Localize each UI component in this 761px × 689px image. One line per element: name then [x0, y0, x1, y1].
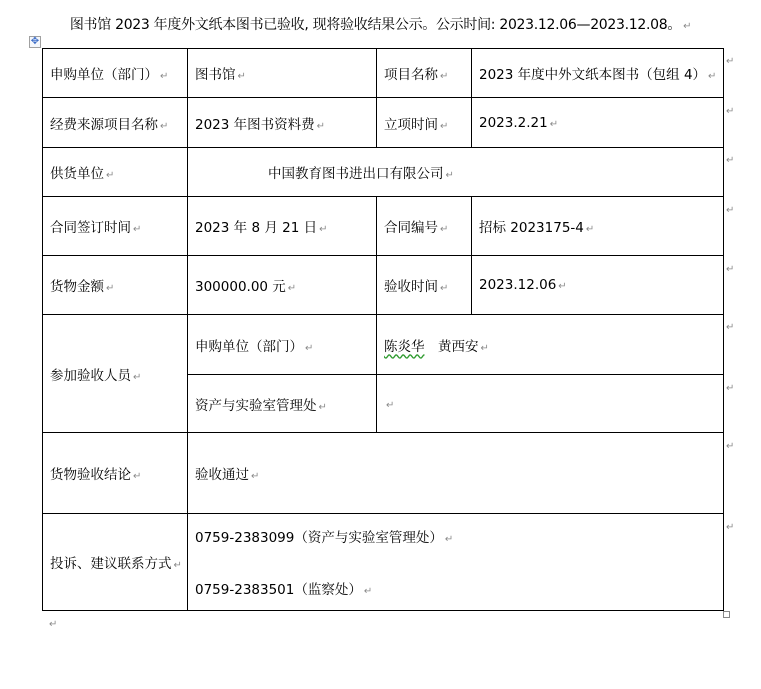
- conclusion-value-cell[interactable]: 验收通过↵: [188, 433, 724, 514]
- paragraph-mark-icon: ↵: [481, 343, 489, 354]
- row-end-mark-icon: ↵: [726, 322, 734, 333]
- table-row: 申购单位（部门）↵ 图书馆↵ 项目名称↵ 2023 年度中外文纸本图书（包组 4…: [43, 49, 724, 98]
- paragraph-mark-icon: ↵: [160, 71, 168, 82]
- paragraph-mark-icon: ↵: [174, 560, 182, 571]
- paragraph-mark-icon: ↵: [319, 224, 327, 235]
- row-end-mark-icon: ↵: [726, 106, 734, 117]
- paragraph-mark-icon: ↵: [160, 121, 168, 132]
- paragraph-mark-icon: ↵: [558, 281, 566, 292]
- label-cell: 申购单位（部门）↵: [43, 49, 188, 98]
- table-row: 货物金额↵ 300000.00 元↵ 验收时间↵ 2023.12.06↵: [43, 256, 724, 315]
- value-cell[interactable]: 2023.12.06↵: [472, 256, 724, 315]
- paragraph-mark-icon: ↵: [106, 170, 114, 181]
- row-end-mark-icon: ↵: [726, 56, 734, 67]
- contact-label-cell: 投诉、建议联系方式↵: [43, 514, 188, 611]
- table-row: 合同签订时间↵ 2023 年 8 月 21 日↵ 合同编号↵ 招标 202317…: [43, 197, 724, 256]
- table-move-handle-icon[interactable]: ✥: [29, 36, 41, 48]
- table-row: 参加验收人员↵ 申购单位（部门）↵ 陈炎华 黄西安↵: [43, 315, 724, 375]
- inspector-dept-cell: 资产与实验室管理处↵: [188, 375, 377, 433]
- label-cell: 项目名称↵: [377, 49, 472, 98]
- row-end-mark-icon: ↵: [726, 441, 734, 452]
- label-cell: 货物金额↵: [43, 256, 188, 315]
- label-cell: 合同编号↵: [377, 197, 472, 256]
- inspector-dept-cell: 申购单位（部门）↵: [188, 315, 377, 375]
- label-cell: 立项时间↵: [377, 98, 472, 148]
- label-cell: 供货单位↵: [43, 148, 188, 197]
- paragraph-mark-icon: ↵: [440, 283, 448, 294]
- paragraph-mark-icon: ↵: [288, 283, 296, 294]
- paragraph-mark-icon: ↵: [440, 121, 448, 132]
- row-end-mark-icon: ↵: [726, 205, 734, 216]
- contact-value-cell[interactable]: 0759-2383099（资产与实验室管理处）↵ 0759-2383501（监察…: [188, 514, 724, 611]
- inspector-names-cell[interactable]: ↵: [377, 375, 724, 433]
- paragraph-mark-icon: ↵: [133, 471, 141, 482]
- paragraph-mark-icon: ↵: [49, 619, 57, 630]
- row-end-mark-icon: ↵: [726, 264, 734, 275]
- paragraph-mark-icon: ↵: [319, 402, 327, 413]
- paragraph-mark-icon: ↵: [683, 21, 691, 32]
- row-end-mark-icon: ↵: [726, 383, 734, 394]
- paragraph-mark-icon: ↵: [586, 224, 594, 235]
- label-cell: 经费来源项目名称↵: [43, 98, 188, 148]
- paragraph-mark-icon: ↵: [251, 471, 259, 482]
- supplier-value-cell[interactable]: 中国教育图书进出口有限公司↵: [188, 148, 724, 197]
- value-cell[interactable]: 300000.00 元↵: [188, 256, 377, 315]
- spellcheck-underlined-name: 陈炎华: [384, 339, 425, 355]
- value-cell[interactable]: 图书馆↵: [188, 49, 377, 98]
- paragraph-mark-icon: ↵: [133, 224, 141, 235]
- table-row: 投诉、建议联系方式↵ 0759-2383099（资产与实验室管理处）↵ 0759…: [43, 514, 724, 611]
- paragraph-mark-icon: ↵: [550, 119, 558, 130]
- title-text: 图书馆 2023 年度外文纸本图书已验收, 现将验收结果公示。公示时间: 202…: [70, 17, 681, 33]
- inspector-names-cell[interactable]: 陈炎华 黄西安↵: [377, 315, 724, 375]
- paragraph-mark-icon: ↵: [445, 534, 453, 545]
- paragraph-mark-icon: ↵: [446, 170, 454, 181]
- paragraph-mark-icon: ↵: [440, 71, 448, 82]
- inspectors-label-cell: 参加验收人员↵: [43, 315, 188, 433]
- value-cell[interactable]: 2023 年 8 月 21 日↵: [188, 197, 377, 256]
- label-cell: 验收时间↵: [377, 256, 472, 315]
- paragraph-mark-icon: ↵: [317, 121, 325, 132]
- value-cell[interactable]: 2023 年图书资料费↵: [188, 98, 377, 148]
- label-cell: 合同签订时间↵: [43, 197, 188, 256]
- value-cell[interactable]: 2023.2.21↵: [472, 98, 724, 148]
- table-row: 货物验收结论↵ 验收通过↵: [43, 433, 724, 514]
- announcement-title: 图书馆 2023 年度外文纸本图书已验收, 现将验收结果公示。公示时间: 202…: [0, 14, 761, 34]
- value-cell[interactable]: 2023 年度中外文纸本图书（包组 4）↵: [472, 49, 724, 98]
- paragraph-mark-icon: ↵: [386, 400, 394, 411]
- table-resize-handle[interactable]: [723, 611, 730, 618]
- paragraph-mark-icon: ↵: [133, 372, 141, 383]
- paragraph-mark-icon: ↵: [440, 224, 448, 235]
- row-end-mark-icon: ↵: [726, 155, 734, 166]
- table-row: 供货单位↵ 中国教育图书进出口有限公司↵: [43, 148, 724, 197]
- paragraph-mark-icon: ↵: [106, 283, 114, 294]
- table-row: 经费来源项目名称↵ 2023 年图书资料费↵ 立项时间↵ 2023.2.21↵: [43, 98, 724, 148]
- value-cell[interactable]: 招标 2023175-4↵: [472, 197, 724, 256]
- conclusion-label-cell: 货物验收结论↵: [43, 433, 188, 514]
- paragraph-mark-icon: ↵: [238, 71, 246, 82]
- row-end-mark-icon: ↵: [726, 522, 734, 533]
- acceptance-table: 申购单位（部门）↵ 图书馆↵ 项目名称↵ 2023 年度中外文纸本图书（包组 4…: [42, 48, 724, 611]
- paragraph-mark-icon: ↵: [364, 586, 372, 597]
- paragraph-mark-icon: ↵: [305, 343, 313, 354]
- paragraph-mark-icon: ↵: [708, 71, 716, 82]
